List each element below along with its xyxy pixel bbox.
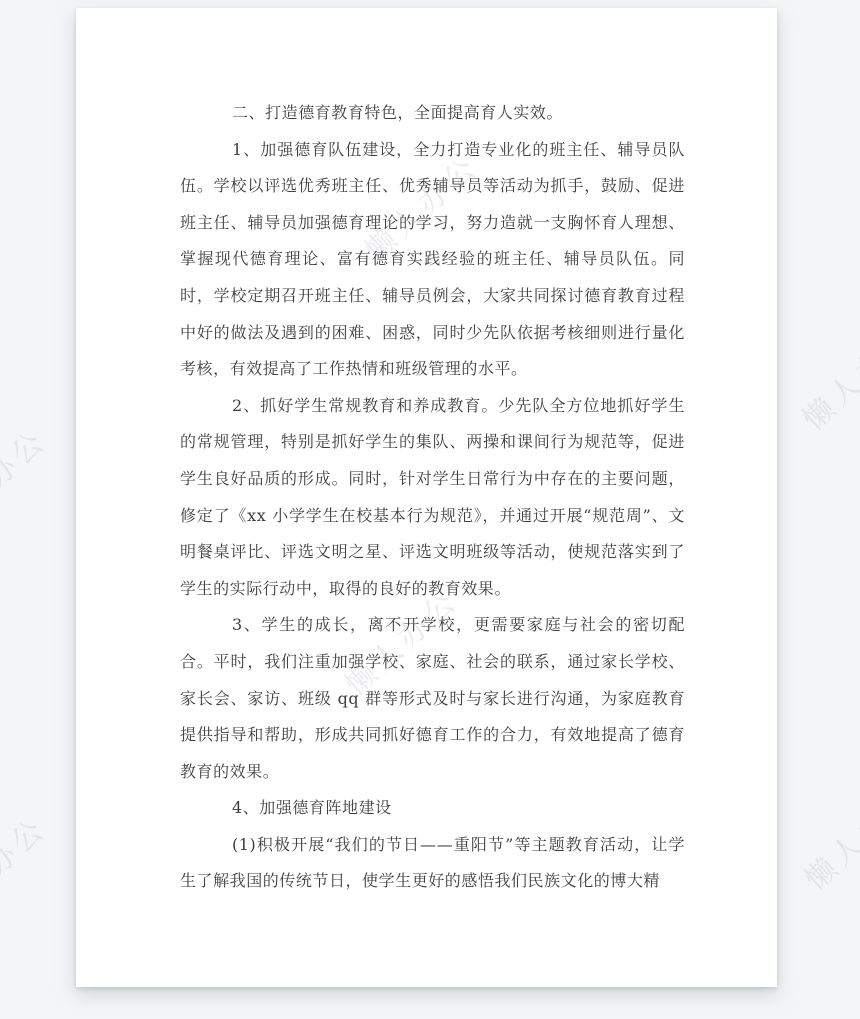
paragraph: 1、加强德育队伍建设，全力打造专业化的班主任、辅导员队伍。学校以评选优秀班主任、… — [180, 132, 685, 388]
paragraph: 3、学生的成长，离不开学校，更需要家庭与社会的密切配合。平时，我们注重加强学校、… — [180, 607, 685, 790]
watermark-text: 懒人办公 — [791, 312, 860, 438]
document-body: 二、打造德育教育特色，全面提高育人实效。 1、加强德育队伍建设，全力打造专业化的… — [180, 95, 685, 900]
watermark-text: 懒人办公 — [793, 772, 860, 898]
watermark-text: 懒人办公 — [0, 417, 55, 543]
watermark-text: 懒人办公 — [0, 805, 55, 931]
paragraph-heading: 二、打造德育教育特色，全面提高育人实效。 — [180, 95, 685, 132]
paragraph-subheading: 4、加强德育阵地建设 — [180, 790, 685, 827]
document-page: 二、打造德育教育特色，全面提高育人实效。 1、加强德育队伍建设，全力打造专业化的… — [76, 8, 777, 987]
app-background: { "colors": { "background": "#f4f5f7", "… — [0, 0, 860, 1019]
paragraph: (1)积极开展“我们的节日——重阳节”等主题教育活动，让学生了解我国的传统节日，… — [180, 827, 685, 900]
paragraph: 2、抓好学生常规教育和养成教育。少先队全方位地抓好学生的常规管理，特别是抓好学生… — [180, 388, 685, 608]
